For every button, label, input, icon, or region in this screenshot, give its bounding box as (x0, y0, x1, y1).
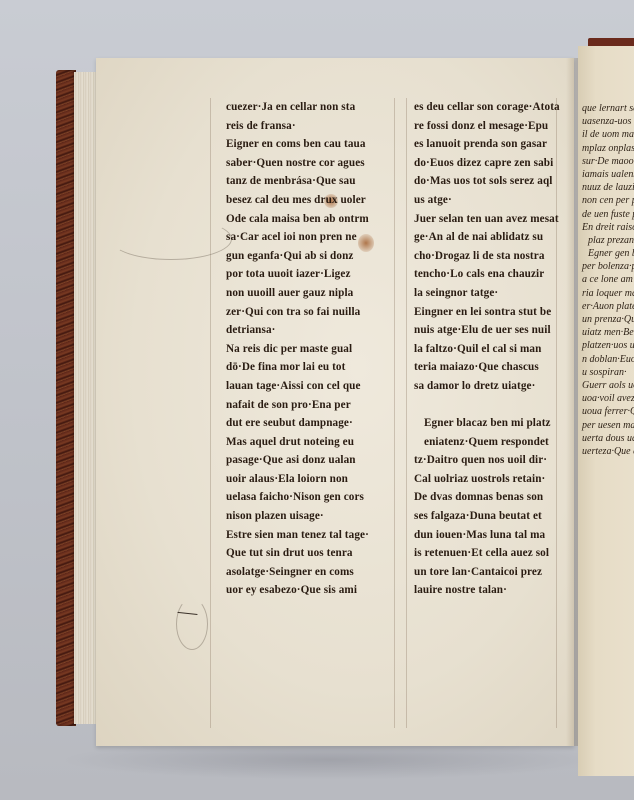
text-line: nafait de son pro·Ena per (226, 396, 369, 415)
text-line: Ode cala maisa ben ab ontrm (226, 210, 369, 229)
text-line: es lanuoit prenda son gasar (414, 135, 560, 154)
text-line: Guerr aols uonr (582, 379, 634, 392)
text-line: Eingner en lei sontra stut be (414, 303, 560, 322)
text-line-spacer (414, 396, 560, 415)
text-line: teria maiazo·Que chascus (414, 358, 560, 377)
text-line: is retenuen·Et cella auez sol (414, 544, 560, 563)
text-line: Cal uolriaz uostrols retain· (414, 470, 560, 489)
text-line: uor ey esabezo·Que sis ami (226, 581, 369, 600)
text-line: plaz prezan· (582, 234, 634, 247)
text-line: per bolenza·per (582, 260, 634, 273)
text-line: Mas aquel drut noteing eu (226, 433, 369, 452)
ruling-line (210, 98, 211, 728)
text-line: pasage·Que asi donz ualan (226, 451, 369, 470)
marginal-ink-mark (177, 602, 198, 615)
text-line: Que tut sin drut uos tenra (226, 544, 369, 563)
text-line: dut ere seubut dampnage· (226, 414, 369, 433)
text-line: besez cal deu mes drux uoler (226, 191, 369, 210)
facing-text-column: que lernart segu uasenza-uos tot il de u… (582, 102, 634, 458)
text-line: un tore lan·Cantaicoi prez (414, 563, 560, 582)
text-line: Egner gen ben (582, 247, 634, 260)
text-line: tz·Daitro quen nos uoil dir· (414, 451, 560, 470)
text-line: saber·Quen nostre cor agues (226, 154, 369, 173)
text-column-right: es deu cellar son corage·Atota re fossi … (414, 98, 560, 600)
text-line: tanz de menbrása·Que sau (226, 172, 369, 191)
text-line: uasenza-uos tot (582, 115, 634, 128)
text-line: lauire nostre talan· (414, 581, 560, 600)
text-line: es deu cellar son corage·Atota (414, 98, 560, 117)
text-line: de uen fuste pl (582, 208, 634, 221)
marginal-drawing (110, 218, 232, 260)
text-line: que lernart segu (582, 102, 634, 115)
text-line: cuezer·Ja en cellar non sta (226, 98, 369, 117)
ruling-line (394, 98, 395, 728)
text-line: uerta dous ual in (582, 432, 634, 445)
text-line: zer·Qui con tra so fai nuilla (226, 303, 369, 322)
text-line: iamais ualens· (582, 168, 634, 181)
text-line: asolatge·Seingner en coms (226, 563, 369, 582)
text-line: uerteza·Que de fe (582, 445, 634, 458)
book-shadow (60, 740, 600, 780)
text-line: non cen per plus (582, 194, 634, 207)
text-line: cho·Drogaz li de sta nostra (414, 247, 560, 266)
text-line: nuuz de lauzim (582, 181, 634, 194)
text-line: per uesen mang en (582, 419, 634, 432)
text-line: la seingnor tatge· (414, 284, 560, 303)
text-line: por tota uuoit iazer·Ligez (226, 265, 369, 284)
text-line: uelasa faicho·Nison gen cors (226, 488, 369, 507)
text-line: n doblan·Euos (582, 353, 634, 366)
page-edges (74, 72, 98, 724)
text-line: ge·An al de nai ablidatz su (414, 228, 560, 247)
text-line: De dvas domnas benas son (414, 488, 560, 507)
text-line: reis de fransa· (226, 117, 369, 136)
text-line: er·Auon plater (582, 300, 634, 313)
text-line: Egner blacaz ben mi platz (414, 414, 560, 433)
text-line: non uuoill auer gauz nipla (226, 284, 369, 303)
text-line: a ce lone am de (582, 273, 634, 286)
text-line: il de uom mais (582, 128, 634, 141)
text-line: gun eganfa·Qui ab si donz (226, 247, 369, 266)
text-line: En dreit raison (582, 221, 634, 234)
text-line: Estre sien man tenez tal tage· (226, 526, 369, 545)
text-line: re fossi donz el mesage·Epu (414, 117, 560, 136)
text-line: uoir alaus·Ela loiorn non (226, 470, 369, 489)
text-line: mplaz onplas m (582, 142, 634, 155)
text-line: platzen·uos uns (582, 339, 634, 352)
text-line: un prenza·Que (582, 313, 634, 326)
text-line: nison plazen uisage· (226, 507, 369, 526)
text-line: dun iouen·Mas luna tal ma (414, 526, 560, 545)
text-line: sur·De maoom (582, 155, 634, 168)
text-line: Juer selan ten uan avez mesat (414, 210, 560, 229)
text-line: dō·De fina mor lai eu tot (226, 358, 369, 377)
text-line: Eigner en coms ben cau taua (226, 135, 369, 154)
text-line: sa·Car acel ioi non pren ne (226, 228, 369, 247)
text-line: sa damor lo dretz uiatge· (414, 377, 560, 396)
book-binding-spine (56, 70, 76, 726)
text-line: do·Mas uos tot sols serez aql (414, 172, 560, 191)
text-line: detriansa· (226, 321, 369, 340)
text-line: us atge· (414, 191, 560, 210)
ruling-line (406, 98, 407, 728)
text-line: uoua ferrer·Que (582, 405, 634, 418)
text-line: do·Euos dizez capre zen sabi (414, 154, 560, 173)
text-line: nuis atge·Elu de uer ses nuil (414, 321, 560, 340)
text-line: uiatz men·Bella (582, 326, 634, 339)
text-column-left: cuezer·Ja en cellar non sta reis de fran… (226, 98, 369, 600)
text-line: eniatenz·Quem respondet (414, 433, 560, 452)
text-line: lauan tage·Aissi con cel que (226, 377, 369, 396)
text-line: u sospiran· (582, 366, 634, 379)
text-line: ria loquer man (582, 287, 634, 300)
text-line: la faltzo·Quil el cal si man (414, 340, 560, 359)
manuscript-folio-recto-partial: que lernart segu uasenza-uos tot il de u… (578, 46, 634, 776)
text-line: uoa·voil avez (582, 392, 634, 405)
text-line: Na reis dic per maste gual (226, 340, 369, 359)
manuscript-folio-verso: cuezer·Ja en cellar non sta reis de fran… (96, 58, 574, 746)
text-line: ses falgaza·Duna beutat et (414, 507, 560, 526)
text-line: tencho·Lo cals ena chauzir (414, 265, 560, 284)
